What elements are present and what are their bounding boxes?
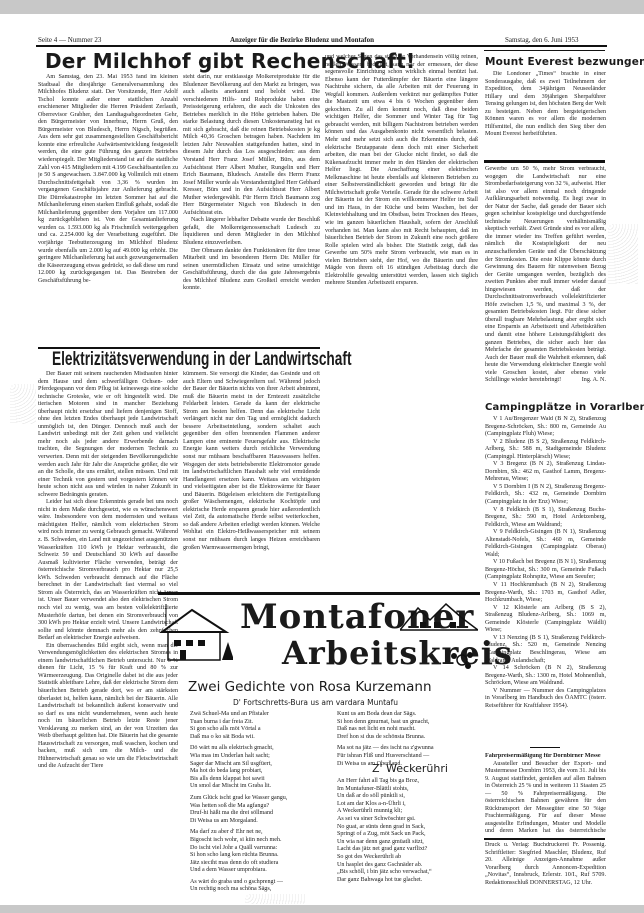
right-column-rule xyxy=(484,50,605,51)
banner-top-rule xyxy=(158,592,480,595)
elektro-column-2: kümmern. Sie versorgt die Kinder, das Ge… xyxy=(183,371,320,589)
scan-noise xyxy=(10,384,36,424)
masthead-rule xyxy=(36,45,607,47)
poems-title: Zwei Gedichte von Rosa Kurzemann xyxy=(188,679,432,695)
milchhof-column-1: Am Samstag, den 23. Mai 1953 fand im kle… xyxy=(38,74,178,346)
everest-divider xyxy=(484,160,605,163)
issue-date: Samstag, den 6. Juni 1953 xyxy=(505,36,579,44)
impressum-rule xyxy=(484,838,605,840)
poem2-title: Z' Weckerühri xyxy=(372,762,448,775)
newspaper-page: Seite 4 — Nummer 23 Anzeiger für die Bez… xyxy=(0,14,644,905)
camping-list: V 1 Au/Bregenzer Wald (B N 2), Straßenzu… xyxy=(485,416,606,746)
publication-title: Anzeiger für die Bezirke Bludenz und Mon… xyxy=(230,36,374,44)
milchhof-column-2: steht darin, nur erstklassige Molkereipr… xyxy=(183,74,320,346)
chalet-icon xyxy=(158,602,233,664)
page-number: Seite 4 — Nummer 23 xyxy=(38,36,101,44)
scan-noise xyxy=(608,224,638,284)
headline-camping: Campingplätze in Vorarlberg xyxy=(485,402,644,413)
fahrpreis-article: Fahrpreisermäßigung für Dornbirner Messe… xyxy=(485,753,606,835)
camping-end-rule xyxy=(530,747,560,748)
headline-everest: Mount Everest bezwungen xyxy=(485,56,644,68)
everest-text: Die Londoner „Times“ brachte in einer So… xyxy=(485,71,606,157)
strom-right-column: Gewerbe um 50 %, mehr Strom verbraucht, … xyxy=(485,166,606,398)
banner-line-2: Arbeitskreis xyxy=(282,634,513,672)
poem2: An Herr fahrt all Tag bis ga Broz,Im Mun… xyxy=(337,778,432,884)
poem1-title: D' Fortschretts-Bura us am vardara Munta… xyxy=(233,698,398,707)
headline-elektro: Elektrizitätsverwendung in der Landwirts… xyxy=(52,349,351,371)
mountain-village-icon xyxy=(400,602,478,632)
poem1-left: Zwä Schuel-Ma und an PfistalerTuan burna… xyxy=(190,711,287,898)
impressum: Druck u. Verlag: Buchdruckerei Fr. Posse… xyxy=(485,842,606,888)
flower-icon xyxy=(448,648,478,672)
elektro-column-1: Der Bauer mit seinem rauchenden Misthauf… xyxy=(38,371,178,891)
scan-noise xyxy=(245,894,305,904)
strom-continuation-column: und welcher Segen das ständige Vorhanden… xyxy=(325,54,478,598)
